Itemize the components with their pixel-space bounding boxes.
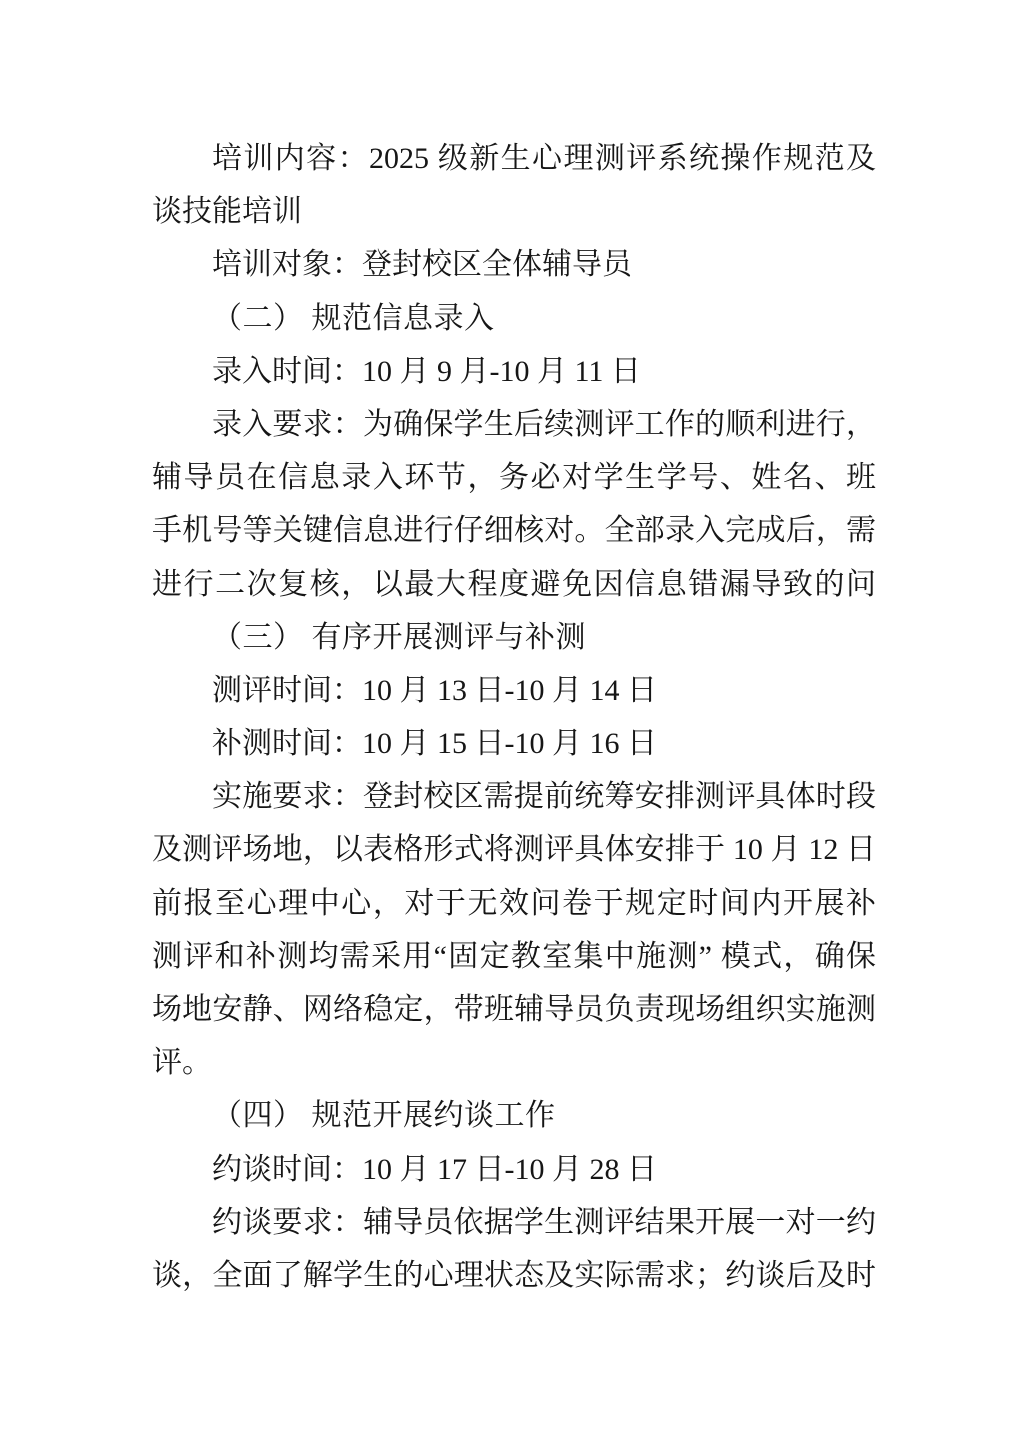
- text-line: 约谈时间：10 月 17 日-10 月 28 日: [152, 1143, 876, 1196]
- text-line: 场地安静、网络稳定，带班辅导员负责现场组织实施测: [152, 983, 876, 1036]
- text-line: 约谈要求：辅导员依据学生测评结果开展一对一约: [152, 1196, 876, 1249]
- text-line: 录入时间：10 月 9 月-10 月 11 日: [152, 345, 876, 398]
- text-line: 辅导员在信息录入环节，务必对学生学号、姓名、班级、: [152, 451, 876, 504]
- text-line: 实施要求：登封校区需提前统筹安排测评具体时段: [152, 770, 876, 823]
- section-heading: （三） 有序开展测评与补测: [152, 611, 876, 664]
- section-heading: （四） 规范开展约谈工作: [152, 1089, 876, 1142]
- text-line: 及测评场地，以表格形式将测评具体安排于 10 月 12 日: [152, 823, 876, 876]
- text-line: 测评和补测均需采用“固定教室集中施测” 模式，确保: [152, 930, 876, 983]
- text-line: 谈，全面了解学生的心理状态及实际需求；约谈后及时: [152, 1249, 876, 1302]
- text-line: 培训对象：登封校区全体辅导员: [152, 238, 876, 291]
- text-line: 进行二次复核，以最大程度避免因信息错漏导致的问题。: [152, 558, 876, 611]
- text-line: 培训内容：2025 级新生心理测评系统操作规范及约: [152, 132, 876, 185]
- text-line: 补测时间：10 月 15 日-10 月 16 日: [152, 717, 876, 770]
- text-line: 录入要求：为确保学生后续测评工作的顺利进行，: [152, 398, 876, 451]
- section-heading: （二） 规范信息录入: [152, 292, 876, 345]
- text-line: 前报至心理中心，对于无效问卷于规定时间内开展补测。: [152, 877, 876, 930]
- text-line: 测评时间：10 月 13 日-10 月 14 日: [152, 664, 876, 717]
- text-line: 评。: [152, 1036, 876, 1089]
- document-page: 培训内容：2025 级新生心理测评系统操作规范及约 谈技能培训 培训对象：登封校…: [0, 0, 1024, 1448]
- text-line: 手机号等关键信息进行仔细核对。全部录入完成后，需: [152, 504, 876, 557]
- text-line: 谈技能培训: [152, 185, 876, 238]
- document-text-block: 培训内容：2025 级新生心理测评系统操作规范及约 谈技能培训 培训对象：登封校…: [152, 132, 876, 1302]
